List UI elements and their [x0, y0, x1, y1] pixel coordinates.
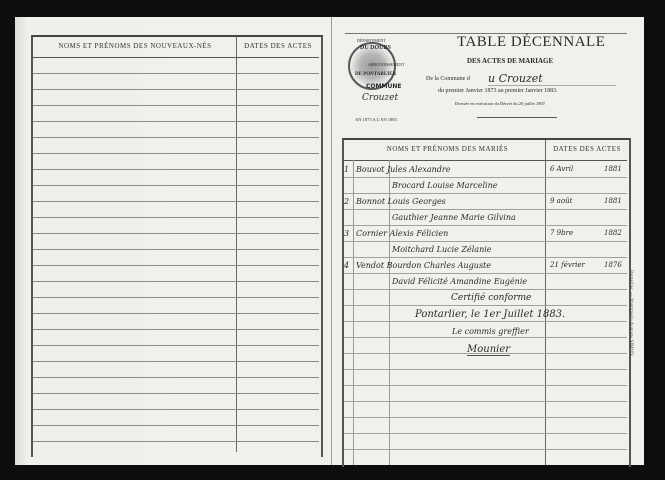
decree: Dressée en exécution du Décret du 20 jui… — [455, 101, 546, 106]
left-rule-line — [33, 73, 319, 74]
right-rule-line — [344, 241, 627, 242]
departement: DU DOUBS — [360, 45, 391, 51]
right-header-names: NOMS ET PRÉNOMS DES MARIÉS — [350, 145, 545, 153]
certification-line2: Pontarlier, le 1er Juillet 1883. — [415, 309, 565, 320]
page-title: TABLE DÉCENNALE — [457, 34, 605, 51]
left-rule-line — [33, 169, 319, 170]
left-header-names: NOMS ET PRÉNOMS DES NOUVEAUX-NÉS — [35, 42, 235, 50]
left-header-rule — [33, 57, 319, 58]
left-column-divider — [236, 37, 237, 452]
entry-groom: Cornier Alexis Félicien — [356, 229, 448, 238]
left-rule-line — [33, 217, 319, 218]
right-rule-line — [344, 401, 627, 402]
right-header-rule — [344, 160, 627, 161]
entry-number: 4 — [344, 261, 349, 270]
right-rule-line — [344, 449, 627, 450]
right-rule-line — [344, 225, 627, 226]
left-rule-line — [33, 329, 319, 330]
left-rule-line — [33, 89, 319, 90]
commune-underline — [488, 85, 616, 86]
right-rule-line — [344, 385, 627, 386]
departement-label: DÉPARTEMENT — [357, 38, 386, 43]
entry-year: 1881 — [604, 165, 622, 173]
left-rule-line — [33, 361, 319, 362]
right-rule-line — [344, 273, 627, 274]
right-rule-line — [344, 321, 627, 322]
years-range: AN 1873 A L'AN 1883 — [355, 117, 397, 122]
left-rule-line — [33, 313, 319, 314]
printer-note: Pontarlier. — Imprimerie Auguste SIMON. — [628, 270, 633, 357]
entry-year: 1876 — [604, 261, 622, 269]
certification-line3: Le commis greffier — [452, 327, 529, 336]
right-rule-line — [344, 177, 627, 178]
commune-line-value: u Crouzet — [488, 72, 543, 85]
entry-bride: Gauthier Jeanne Marie Gilvina — [392, 213, 516, 222]
entry-number: 2 — [344, 197, 349, 206]
left-rule-line — [33, 137, 319, 138]
entry-bride: David Félicité Amandine Eugénie — [392, 277, 527, 286]
entry-date: 6 Avril — [550, 165, 573, 173]
right-rule-line — [344, 369, 627, 370]
right-header-dates: DATES DES ACTES — [547, 145, 627, 153]
left-rule-line — [33, 153, 319, 154]
right-rule-line — [344, 289, 627, 290]
left-rule-line — [33, 281, 319, 282]
left-rule-line — [33, 201, 319, 202]
commune-name-sidebar: Crouzet — [362, 93, 398, 103]
left-rule-line — [33, 249, 319, 250]
left-rule-line — [33, 105, 319, 106]
entry-bride: Moitchard Lucie Zélanie — [392, 245, 492, 254]
entry-date: 9 août — [550, 197, 572, 205]
left-header-dates: DATES DES ACTES — [238, 42, 318, 50]
arrondissement-label: ARRONDISSEMENT — [368, 62, 404, 67]
right-rule-line — [344, 209, 627, 210]
num-column-divider — [353, 160, 354, 465]
right-rule-line — [344, 257, 627, 258]
left-rule-line — [33, 233, 319, 234]
left-rule-line — [33, 297, 319, 298]
left-rule-line — [33, 393, 319, 394]
entry-bride: Brocard Louise Marceline — [392, 181, 497, 190]
left-rule-line — [33, 377, 319, 378]
left-rule-line — [33, 409, 319, 410]
left-rule-line — [33, 425, 319, 426]
right-rule-line — [344, 433, 627, 434]
entry-year: 1882 — [604, 229, 622, 237]
entry-number: 1 — [344, 165, 349, 174]
period: du premier Janvier 1873 au premier Janvi… — [438, 88, 558, 94]
left-rule-line — [33, 345, 319, 346]
certification-line1: Certifié conforme — [451, 293, 531, 303]
entry-number: 3 — [344, 229, 349, 238]
left-rule-line — [33, 121, 319, 122]
entry-year: 1881 — [604, 197, 622, 205]
entry-date: 21 février — [550, 261, 585, 269]
left-rule-line — [33, 265, 319, 266]
entry-groom: Vendot Bourdon Charles Auguste — [356, 261, 491, 270]
right-rule-line — [344, 337, 627, 338]
entry-date: 7 9bre — [550, 229, 573, 237]
left-rule-line — [33, 441, 319, 442]
right-rule-line — [344, 193, 627, 194]
right-rule-line — [344, 417, 627, 418]
commune-line-label: De la Commune d — [426, 76, 470, 82]
page-subtitle: DES ACTES DE MARIAGE — [467, 57, 553, 65]
left-rule-line — [33, 185, 319, 186]
entry-groom: Bouvot Jules Alexandre — [356, 165, 450, 174]
signature: Mounier — [467, 344, 510, 356]
commune-label: COMMUNE — [366, 83, 401, 90]
entry-groom: Bonnot Louis Georges — [356, 197, 446, 206]
right-rule-line — [344, 305, 627, 306]
arrondissement: DE PONTARLIER — [355, 72, 396, 77]
ornament-rule — [477, 117, 557, 118]
